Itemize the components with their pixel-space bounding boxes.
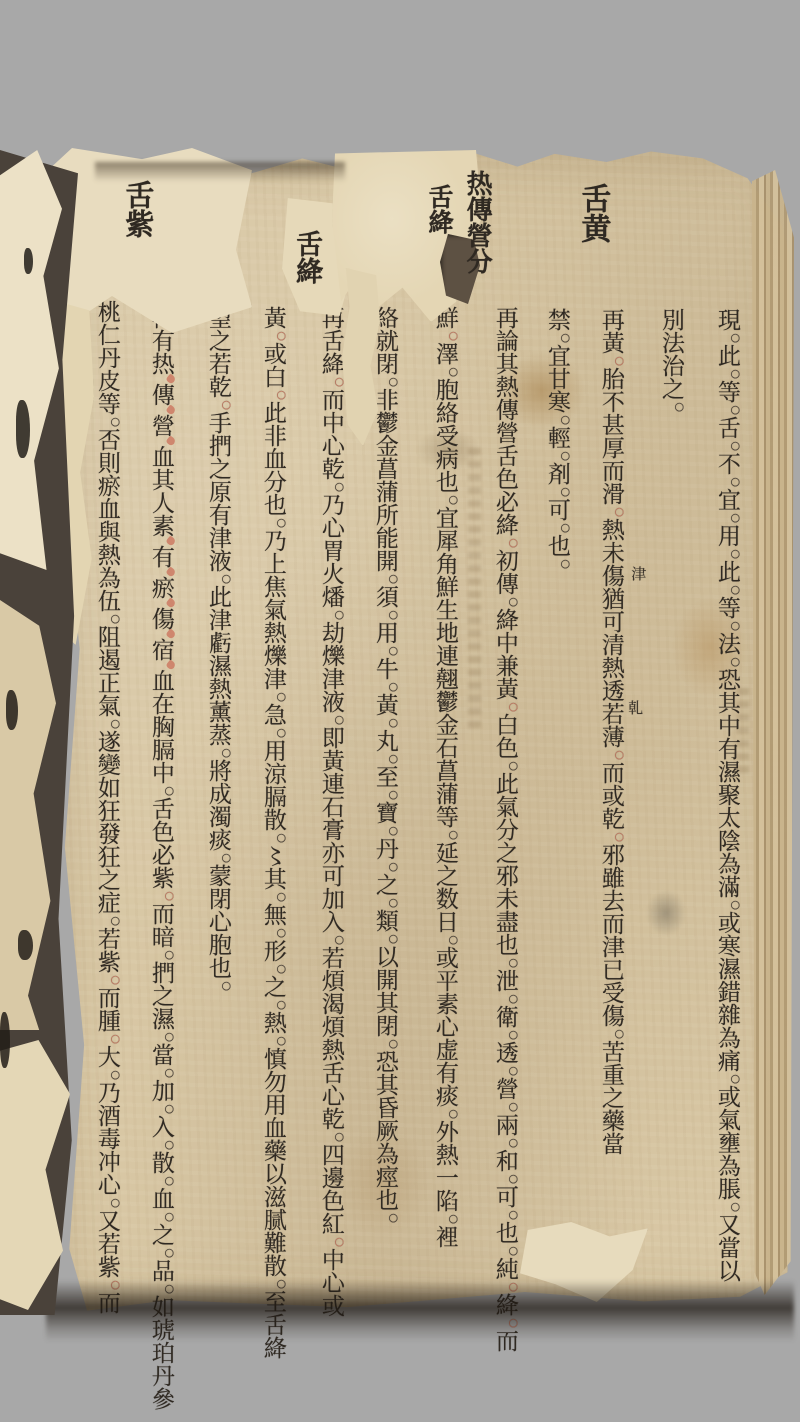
text-column: 再有热傳營血其人素有瘀傷宿血在胸膈中○舌色必紫○而暗○捫之濕○當○加○入○散○血… [148, 306, 173, 1410]
section-heading-she-zi: 舌紫 [122, 180, 153, 238]
scanned-manuscript-page: 現○此○等○舌○不○宜○用○此○等○法○恐其中有濕聚太陰為滿○或寒濕錯雜為痛○或… [0, 0, 800, 1422]
text-column: 禁○宜甘寒○輕○剤○可○也○ [544, 308, 569, 570]
spine-ink-mark [6, 690, 18, 730]
text-column: 再舌絳○而中心乾○乃心胃火燔○劫爍津液○即黃連石膏亦可加入○若煩渴煩熱舌心乾○四… [318, 306, 343, 1317]
section-heading-re-chuan-ying-fen: 热傳營分 [463, 170, 491, 274]
spine-ink-mark [24, 248, 33, 274]
text-column: 望之若乾○手捫之原有津液○此津虧濕熱薰蒸○將成濁痰○蒙閉心胞也○ [205, 306, 230, 992]
spine-ink-mark [16, 400, 30, 458]
text-column: 再論其熱傳營舌色必絳○初傳○絳中兼黃○白色○此氣分之邪未盡也○泄○衛○透○營○兩… [492, 306, 517, 1352]
spine-ink-mark [18, 930, 33, 960]
text-column: 現○此○等○舌○不○宜○用○此○等○法○恐其中有濕聚太陰為滿○或寒濕錯雜為痛○或… [714, 308, 739, 1282]
text-column: 黃○或白○此非血分也○乃上焦氣熱爍津○急○用涼膈散○〻其○無○形○之○熱○慎勿用… [260, 306, 285, 1359]
torn-edge-shadow [95, 162, 345, 182]
text-column: 鮮○澤○胞絡受病也○宜犀角鮮生地連翹鬱金石菖蒲等○延之数日○或平素心虚有痰○外熱… [432, 306, 457, 1248]
text-column: 桃仁丹皮等○否則瘀血與熱為伍○阻遏正氣○遂變如狂發狂之症○若紫○而腫○大○乃酒毒… [94, 300, 119, 1314]
interlinear-note: 津 [630, 566, 646, 581]
section-heading-she-jiang-fragment: 舌絳 [426, 184, 453, 234]
ink-smudge [646, 890, 686, 936]
section-heading-she-jiang: 舌絳 [292, 230, 321, 284]
text-column: 絡就閉○非鬱金菖蒲所能開○須○用○牛○黃○丸○至○寶○丹○之○類○以開其閉○恐其… [372, 306, 397, 1224]
interlinear-note: 乹 [627, 700, 643, 715]
section-heading-she-huang: 舌黄 [576, 183, 608, 243]
text-column: 再黃○胎不甚厚而滑○熱未傷猶可清熱透若薄○而或乾○邪雖去而津已受傷○苦重之藥當 [598, 308, 623, 1155]
text-column: 別法治之○ [658, 308, 683, 413]
spine-ink-mark [0, 1012, 10, 1068]
bleedthrough-note [468, 448, 481, 733]
page-bottom-shadow [46, 1280, 794, 1342]
book-page-edges [752, 170, 794, 1295]
